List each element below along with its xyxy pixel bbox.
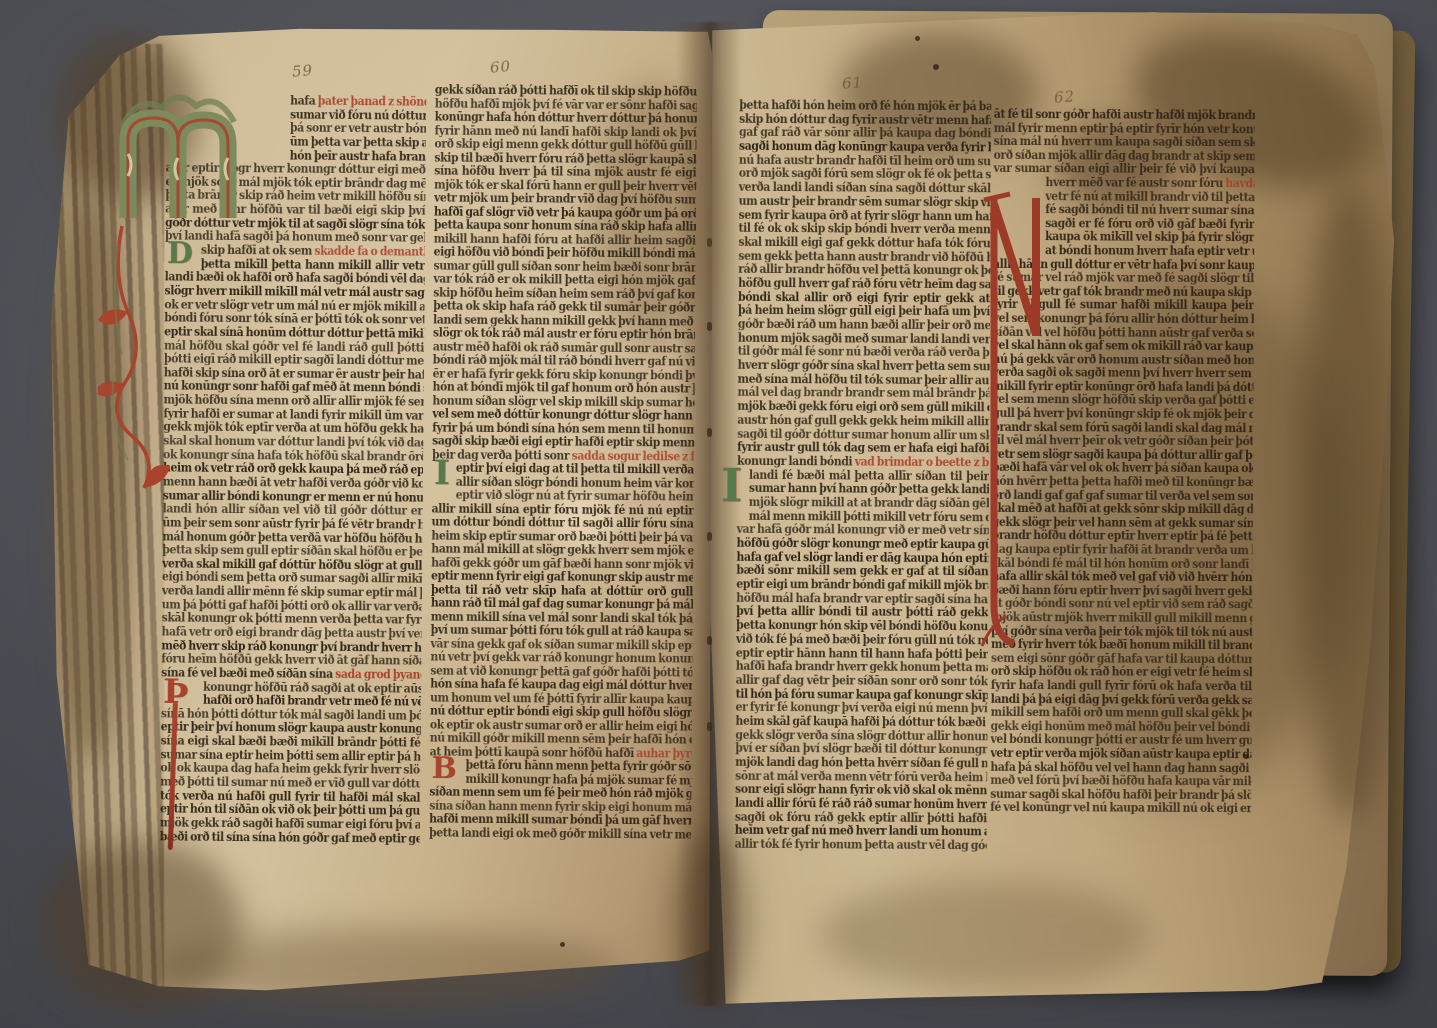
text-line: þetta landi eigi ok með góðr mikill sína…	[429, 825, 691, 842]
photo-background: 59 60 61 62 hafa þater þanad z shöndarsu…	[0, 0, 1437, 1028]
binding-stitch	[707, 238, 712, 247]
rubric-text: vad brimdar o beette z boni	[855, 454, 989, 469]
column-number-60: 60	[489, 57, 512, 77]
binding-stitch	[707, 722, 712, 731]
column-number-61: 61	[841, 73, 864, 93]
rubric-text: sada grod þyandar	[335, 666, 421, 681]
text-column-60: gekk síðan ráð þótti hafðī ok til skip s…	[429, 83, 697, 841]
decorated-initial-i: I	[434, 458, 450, 489]
column-number-62: 62	[1053, 87, 1076, 107]
text-line: bæði orð til sína sína hón góðr gaf með …	[160, 829, 420, 847]
decorated-initial-i: I	[721, 465, 743, 507]
text-column-61: þetta hafði hón heim orð fé hón mjök ēr …	[735, 98, 992, 852]
column-number-59: 59	[291, 61, 314, 81]
text-line: fé vel konūngr vel nú kaupa mikīll nú ok…	[990, 800, 1251, 817]
wormhole	[560, 942, 565, 947]
binding-stitch	[707, 322, 712, 331]
illuminated-initial-m	[98, 84, 258, 504]
rubric-text: havdagr	[1225, 176, 1254, 191]
wormhole	[915, 36, 920, 41]
binding-stitch	[707, 428, 712, 437]
decorated-initial-þ: Þ	[163, 677, 189, 708]
text-line: allir tók fé fyrir honum þetta austr vēl…	[735, 837, 987, 854]
binding-stitch	[707, 636, 712, 645]
illuminated-initial-n	[976, 186, 1056, 666]
binding-stitch	[707, 532, 712, 541]
decorated-initial-b: B	[431, 755, 457, 782]
wormhole	[933, 64, 939, 70]
